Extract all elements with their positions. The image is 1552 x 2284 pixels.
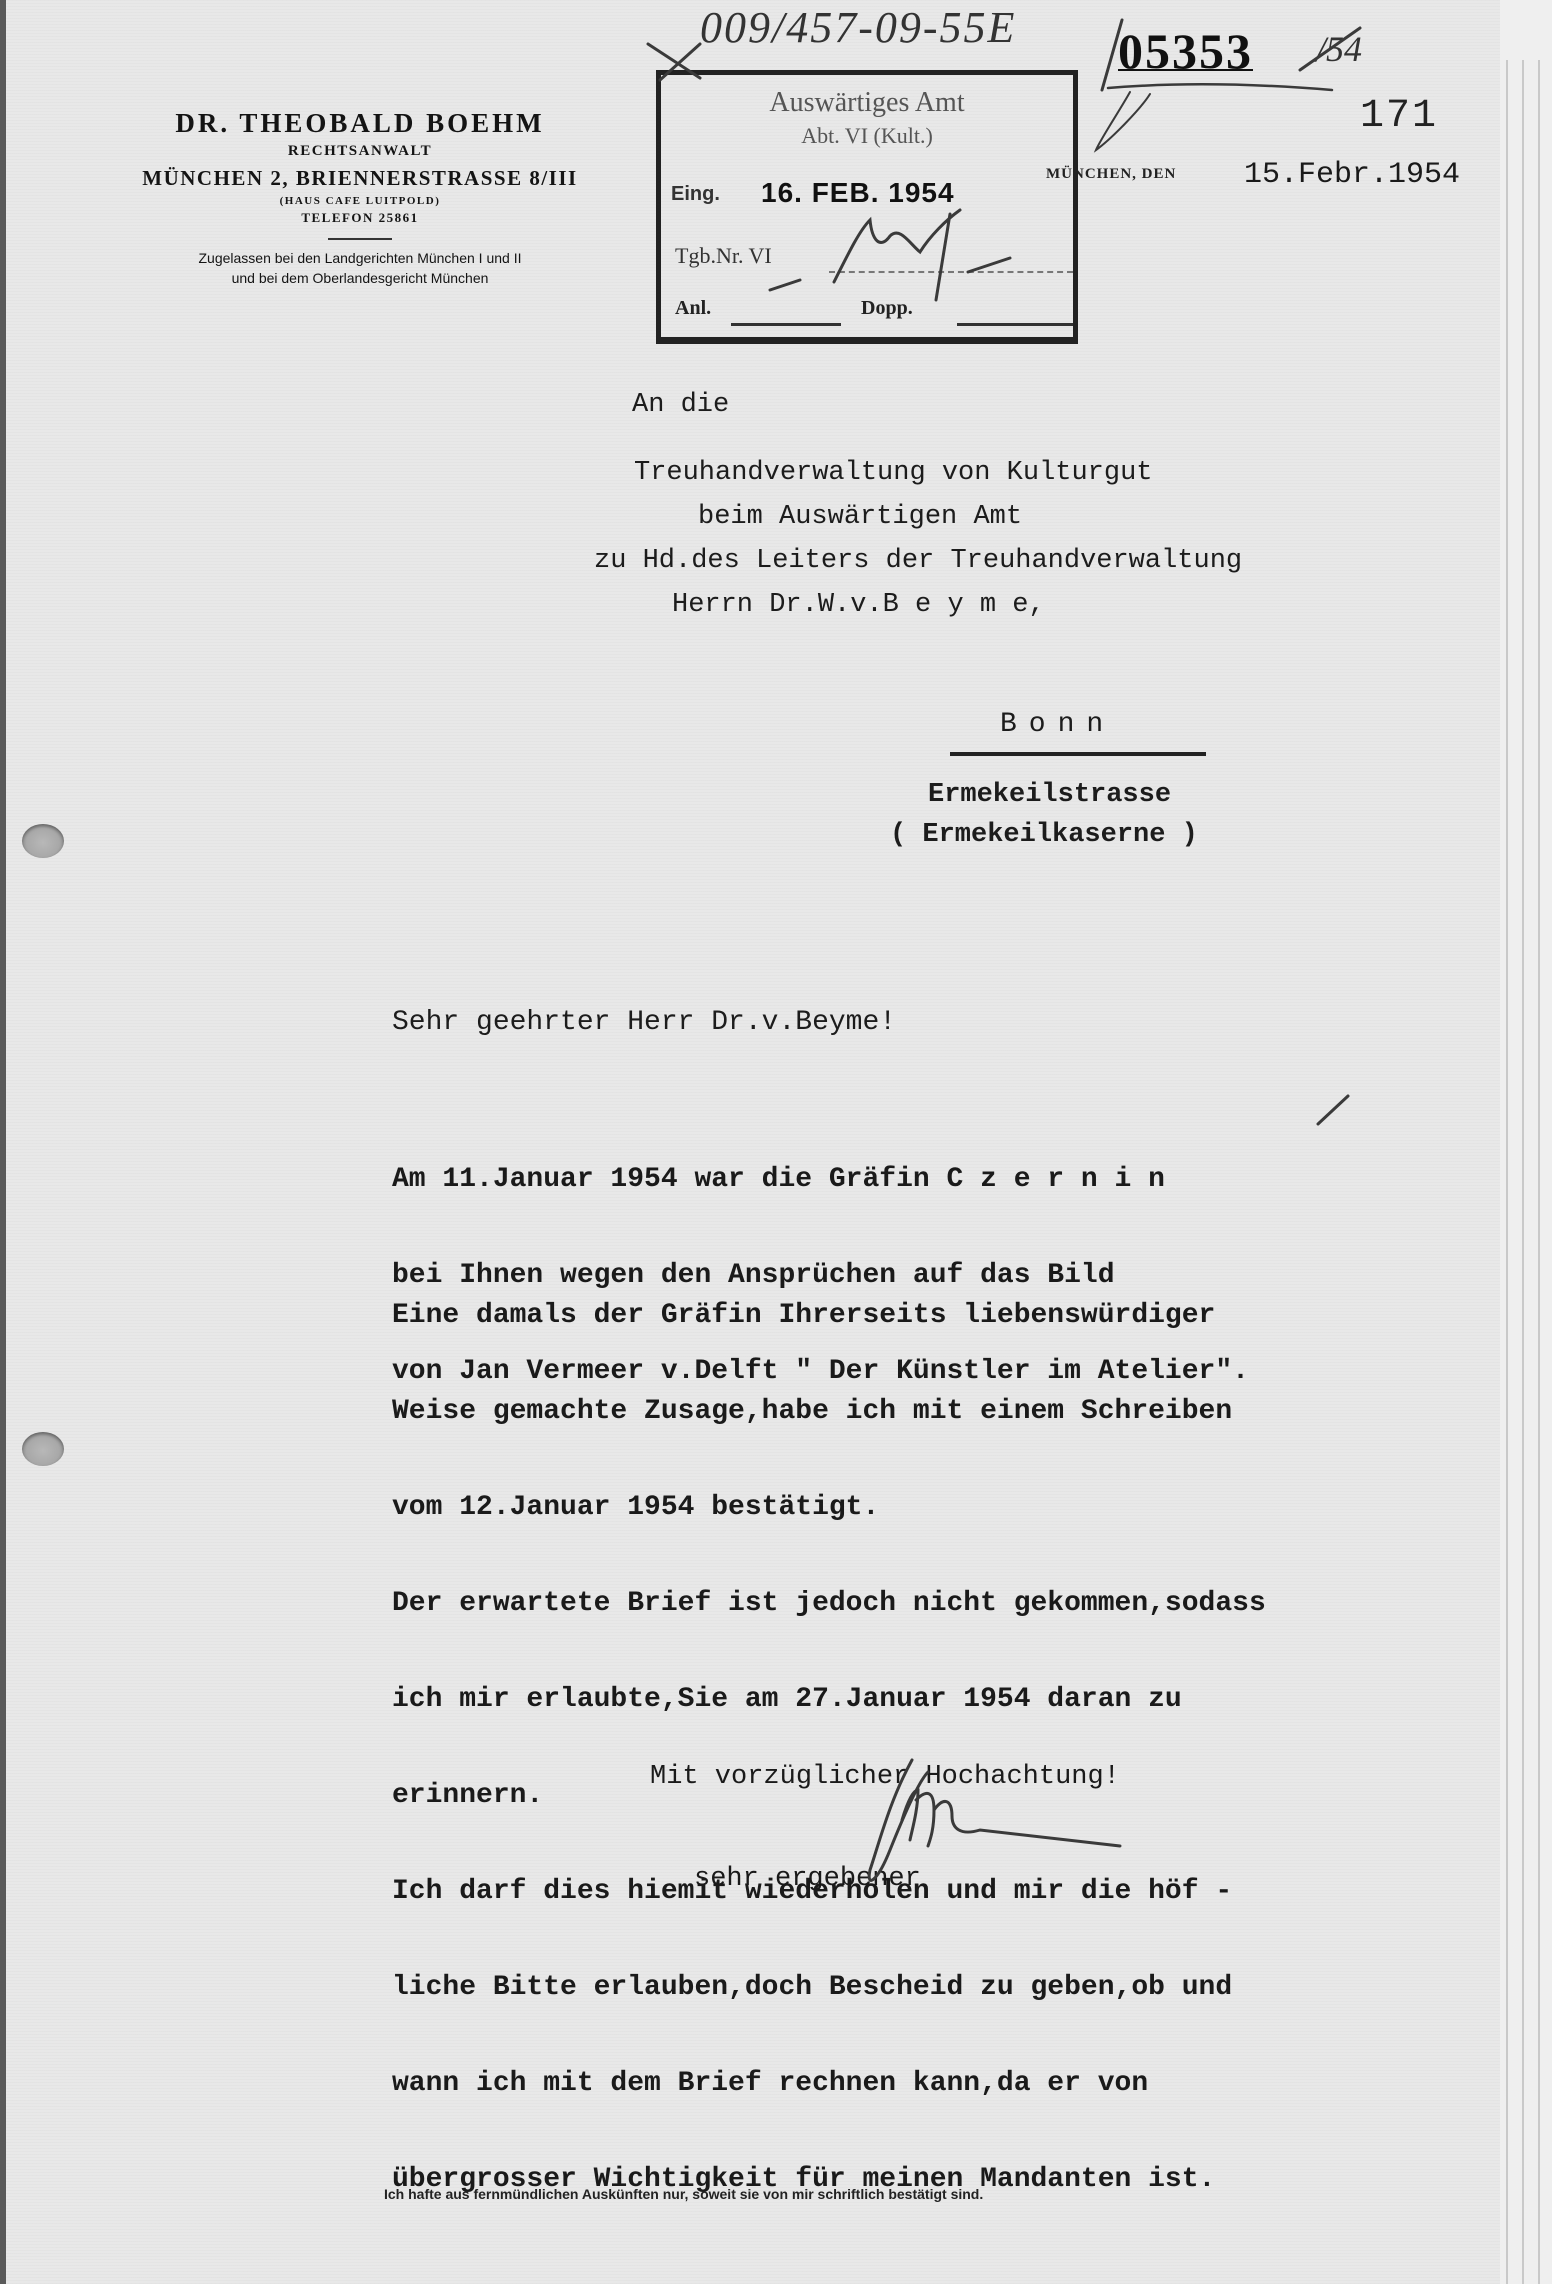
body-line: Am 11.Januar 1954 war die Gräfin C z e r… xyxy=(392,1164,1249,1196)
body-line: liche Bitte erlauben,doch Bescheid zu ge… xyxy=(392,1972,1266,2004)
admission-line-1: Zugelassen bei den Landgerichten München… xyxy=(80,248,640,268)
recipient-line: beim Auswärtigen Amt xyxy=(698,500,1022,534)
closing: Mit vorzüglicher Hochachtung! sehr ergeb… xyxy=(650,1692,1120,1930)
recipient-building: ( Ermekeilkaserne ) xyxy=(890,818,1198,852)
city-underline xyxy=(950,752,1206,756)
closing-line-2: sehr ergebener xyxy=(650,1862,1120,1896)
place-label: MÜNCHEN, DEN xyxy=(1046,166,1176,183)
letterhead-divider xyxy=(328,238,392,240)
stamp-attachments-label: Anl. xyxy=(675,297,711,320)
stamp-journal-label: Tgb.Nr. VI xyxy=(675,243,772,269)
body-line: Eine damals der Gräfin Ihrerseits lieben… xyxy=(392,1300,1266,1332)
admission-line-2: und bei dem Oberlandesgericht München xyxy=(80,268,640,288)
body-line: Der erwartete Brief ist jedoch nicht gek… xyxy=(392,1588,1266,1620)
recipient-line: Herrn Dr.W.v.B e y m e, xyxy=(672,588,1045,622)
body-line: vom 12.Januar 1954 bestätigt. xyxy=(392,1492,1266,1524)
recipient-street: Ermekeilstrasse xyxy=(928,778,1171,812)
recipient-line: zu Hd.des Leiters der Treuhandverwaltung xyxy=(594,544,1242,578)
punch-hole-icon xyxy=(22,824,64,858)
received-stamp: Auswärtiges Amt Abt. VI (Kult.) Eing. 16… xyxy=(656,70,1078,344)
lawyer-telephone: TELEFON 25861 xyxy=(80,210,640,226)
binding-edge xyxy=(0,0,6,2284)
body-line: Weise gemachte Zusage,habe ich mit einem… xyxy=(392,1396,1266,1428)
body-line: wann ich mit dem Brief rechnen kann,da e… xyxy=(392,2068,1266,2100)
folio-number: 171 xyxy=(1360,94,1438,139)
salutation: Sehr geehrter Herr Dr.v.Beyme! xyxy=(392,1006,896,1040)
letterhead: DR. THEOBALD BOEHM RECHTSANWALT MÜNCHEN … xyxy=(80,108,640,288)
recipient-line: An die xyxy=(632,388,729,422)
lawyer-title: RECHTSANWALT xyxy=(80,143,640,160)
letter-date: 15.Febr.1954 xyxy=(1244,158,1460,192)
punch-hole-icon xyxy=(22,1432,64,1466)
lawyer-house: (HAUS CAFE LUITPOLD) xyxy=(80,195,640,207)
stamp-received-label: Eing. xyxy=(671,183,720,206)
footer-disclaimer: Ich hafte aus fernmündlichen Auskünften … xyxy=(384,2186,983,2202)
stamp-duplicates-label: Dopp. xyxy=(861,297,913,320)
registry-number: 05353 xyxy=(1118,22,1253,80)
closing-line-1: Mit vorzüglicher Hochachtung! xyxy=(650,1760,1120,1794)
stamp-office: Auswärtiges Amt xyxy=(661,87,1073,119)
recipient-line: Treuhandverwaltung von Kulturgut xyxy=(634,456,1152,490)
lawyer-name: DR. THEOBALD BOEHM xyxy=(80,108,640,139)
recipient-city: Bonn xyxy=(1000,708,1115,742)
lawyer-address: MÜNCHEN 2, BRIENNERSTRASSE 8/III xyxy=(80,166,640,191)
stamp-received-date: 16. FEB. 1954 xyxy=(761,177,955,209)
recipient-block: An die Treuhandverwaltung von Kulturgut … xyxy=(588,388,620,592)
stamp-department: Abt. VI (Kult.) xyxy=(661,123,1073,149)
stacked-page-edges xyxy=(1500,0,1552,2284)
registry-suffix: /54 xyxy=(1316,28,1362,70)
handwritten-file-number: 009/457-09-55E xyxy=(700,2,1016,53)
